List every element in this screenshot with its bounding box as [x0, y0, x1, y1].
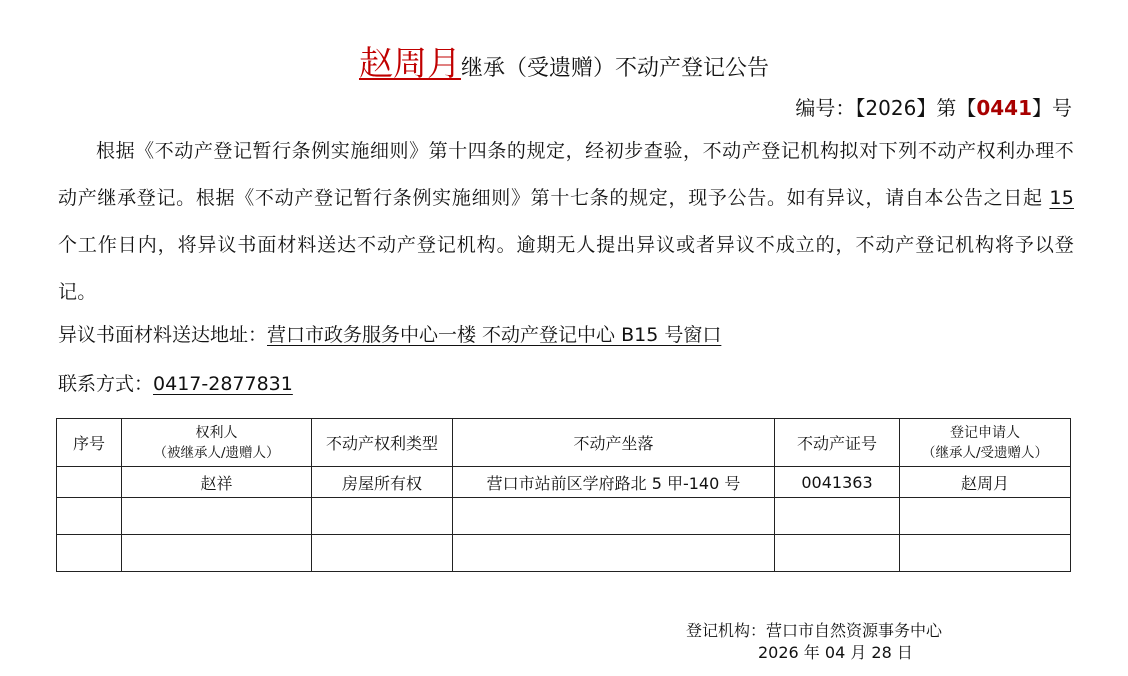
cell-right-holder: 赵祥 [122, 467, 312, 498]
document-number: 编号：【2026】第【0441】号 [795, 92, 1072, 121]
objection-address: 异议书面材料送达地址：营口市政务服务中心一楼 不动产登记中心 B15 号窗口 [58, 320, 721, 347]
notice-title: 赵周月继承（受遗赠）不动产登记公告 [0, 36, 1128, 85]
footer-signature: 登记机构：营口市自然资源事务中心 2026 年 04 月 28 日 [686, 620, 942, 664]
cell-location [453, 535, 775, 572]
title-person-name: 赵周月 [359, 44, 461, 84]
cell-right-type [312, 535, 453, 572]
table-row: 赵祥 房屋所有权 营口市站前区学府路北 5 甲-140 号 0041363 赵周… [57, 467, 1071, 498]
cell-right-type: 房屋所有权 [312, 467, 453, 498]
docno-prefix: 编号：【 [795, 96, 865, 120]
cell-right-holder [122, 498, 312, 535]
notice-date: 2026 年 04 月 28 日 [686, 642, 942, 664]
cell-index [57, 535, 122, 572]
property-table: 序号 权利人（被继承人/遗赠人） 不动产权利类型 不动产坐落 不动产证号 登记申… [56, 418, 1071, 572]
cell-right-type [312, 498, 453, 535]
registration-org: 登记机构：营口市自然资源事务中心 [686, 620, 942, 642]
table-header-row: 序号 权利人（被继承人/遗赠人） 不动产权利类型 不动产坐落 不动产证号 登记申… [57, 419, 1071, 467]
header-right-holder: 权利人（被继承人/遗赠人） [122, 419, 312, 467]
cell-applicant [900, 498, 1071, 535]
contact-info: 联系方式：0417-2877831 [58, 369, 293, 396]
cell-certificate-no [775, 498, 900, 535]
header-applicant: 登记申请人（继承人/受遗赠人） [900, 419, 1071, 467]
cell-location: 营口市站前区学府路北 5 甲-140 号 [453, 467, 775, 498]
header-certificate-no: 不动产证号 [775, 419, 900, 467]
table-row [57, 498, 1071, 535]
docno-middle: 】第【 [916, 96, 976, 120]
cell-location [453, 498, 775, 535]
title-text: 继承（受遗赠）不动产登记公告 [461, 56, 769, 81]
contact-phone: 0417-2877831 [153, 373, 293, 395]
body-part2: 个工作日内，将异议书面材料送达不动产登记机构。逾期无人提出异议或者异议不成立的，… [58, 234, 1074, 303]
cell-certificate-no: 0041363 [775, 467, 900, 498]
header-index: 序号 [57, 419, 122, 467]
header-right-type: 不动产权利类型 [312, 419, 453, 467]
address-value: 营口市政务服务中心一楼 不动产登记中心 B15 号窗口 [267, 324, 721, 346]
cell-applicant [900, 535, 1071, 572]
cell-index [57, 467, 122, 498]
notice-body: 根据《不动产登记暂行条例实施细则》第十四条的规定，经初步查验，不动产登记机构拟对… [58, 128, 1074, 316]
header-location: 不动产坐落 [453, 419, 775, 467]
cell-right-holder [122, 535, 312, 572]
docno-year: 2026 [865, 96, 916, 120]
body-part1: 根据《不动产登记暂行条例实施细则》第十四条的规定，经初步查验，不动产登记机构拟对… [58, 140, 1074, 209]
contact-label: 联系方式： [58, 373, 153, 395]
cell-applicant: 赵周月 [900, 467, 1071, 498]
table-row [57, 535, 1071, 572]
address-label: 异议书面材料送达地址： [58, 324, 267, 346]
objection-days: 15 [1049, 187, 1074, 209]
cell-index [57, 498, 122, 535]
docno-suffix: 】号 [1032, 96, 1072, 120]
docno-number: 0441 [976, 96, 1032, 120]
cell-certificate-no [775, 535, 900, 572]
